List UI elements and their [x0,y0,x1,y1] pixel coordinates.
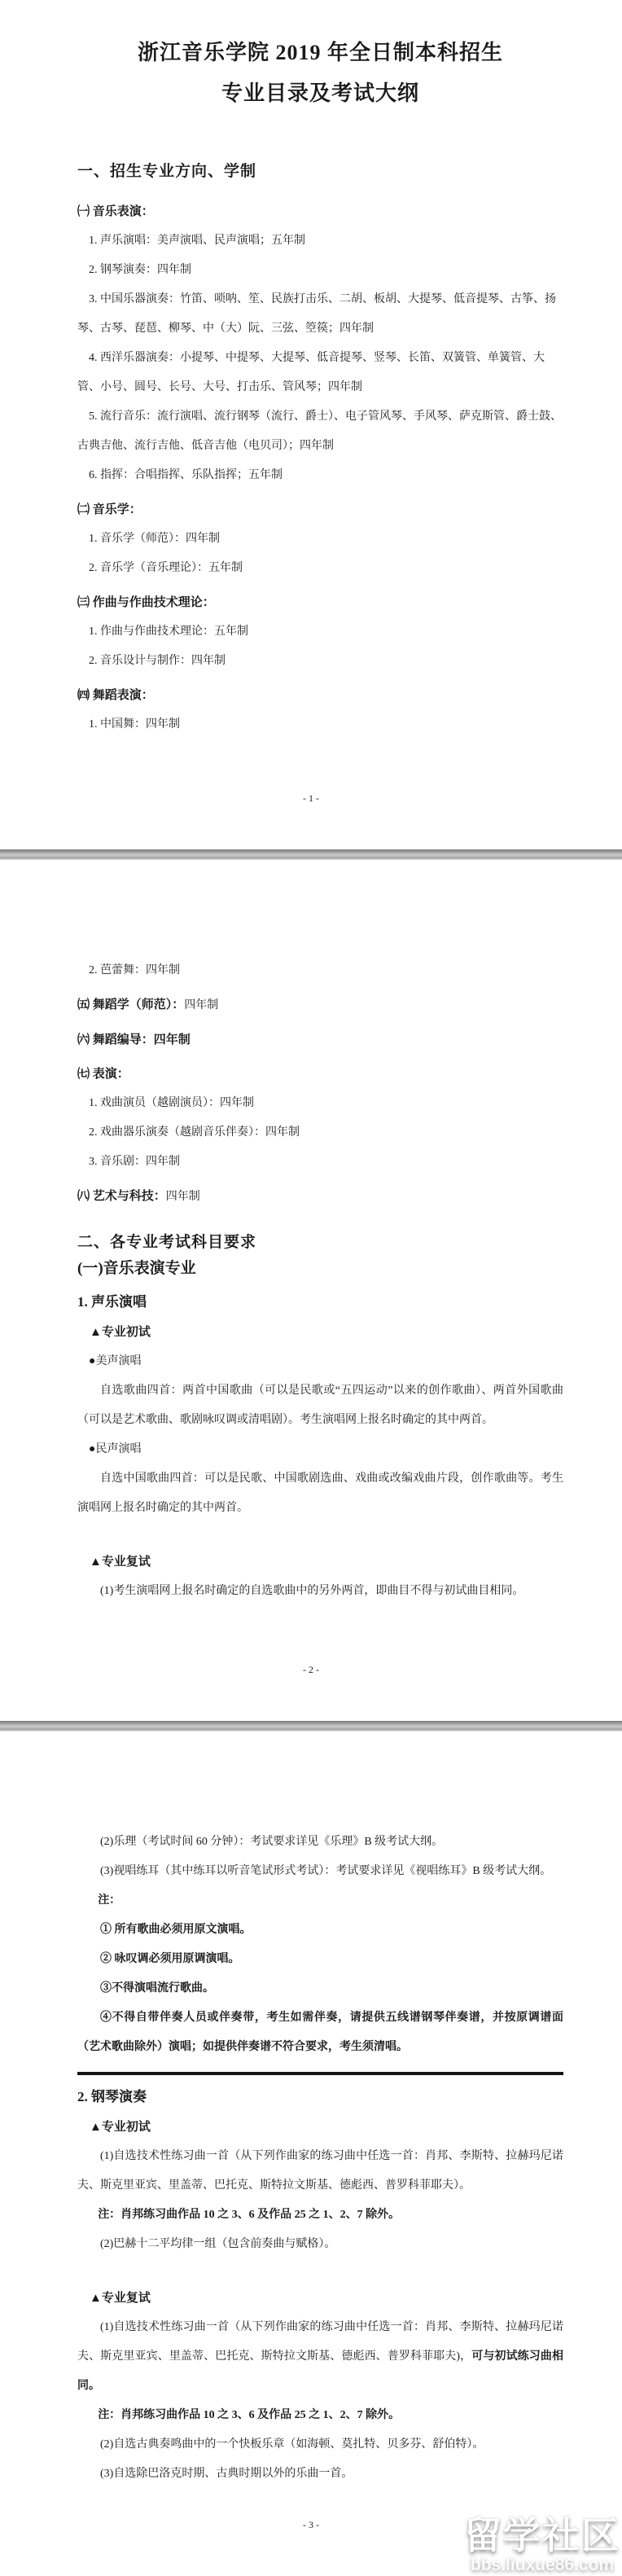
group-7-acting-heading: ㈦ 表演： [77,1060,563,1089]
list-item-conducting: 6. 指挥：合唱指挥、乐队指挥；五年制 [77,461,563,490]
vocal-retest-item-2: (2)乐理（考试时间 60 分钟）：考试要求详见《乐理》B 级考试大纲。 [77,1828,563,1857]
note-heading: 注： [77,1886,563,1916]
note-item-1: ① 所有歌曲必须用原文演唱。 [77,1916,563,1945]
title-line-2: 专业目录及考试大纲 [77,73,563,114]
bel-canto-paragraph: 自选歌曲四首：两首中国歌曲（可以是民歌或“五四运动”以来的创作歌曲）、两首外国歌… [77,1376,563,1435]
list-item-composition: 1. 作曲与作曲技术理论：五年制 [77,617,563,647]
page-separator [0,849,622,860]
list-item-musicology-theory: 2. 音乐学（音乐理论）：五年制 [77,554,563,583]
piano-first-item-2: (2)巴赫十二平均律一组（包含前奏曲与赋格）。 [77,2230,563,2259]
list-item-musical-theatre: 3. 音乐剧：四年制 [77,1148,563,1177]
list-item-opera-actor: 1. 戏曲演员（越剧演员）：四年制 [77,1089,563,1118]
note-item-3: ③不得演唱流行歌曲。 [77,1974,563,2003]
piano-retest-note: 注：肖邦练习曲作品 10 之 3、6 及作品 25 之 1、2、7 除外。 [77,2401,563,2430]
piano-retest-item-3: (3)自选除巴洛克时期、古典时期以外的乐曲一首。 [77,2460,563,2489]
piano-retest-item-2: (2)自选古典奏鸣曲中的一个快板乐章（如海顿、莫扎特、贝多芬、舒伯特）。 [77,2430,563,2460]
page-number: - 1 - [0,792,622,805]
group-1-music-performance-heading: ㈠ 音乐表演： [77,197,563,226]
list-item-pop-music: 5. 流行音乐：流行演唱、流行钢琴（流行、爵士）、电子管风琴、手风琴、萨克斯管、… [77,402,563,461]
group-5-dance-studies-heading: ㈤ 舞蹈学（师范）：四年制 [77,990,563,1020]
page-2: 2. 芭蕾舞：四年制 ㈤ 舞蹈学（师范）：四年制 ㈥ 舞蹈编导：四年制 ㈦ 表演… [0,860,622,1721]
list-item-piano: 2. 钢琴演奏：四年制 [77,256,563,285]
piano-first-note: 注：肖邦练习曲作品 10 之 3、6 及作品 25 之 1、2、7 除外。 [77,2201,563,2230]
list-item-musicology-normal: 1. 音乐学（师范）：四年制 [77,524,563,554]
page-separator [0,1721,622,1731]
document-title: 浙江音乐学院 2019 年全日制本科招生 专业目录及考试大纲 [77,33,563,114]
list-item-vocal: 1. 声乐演唱：美声演唱、民声演唱；五年制 [77,226,563,256]
note-item-2: ② 咏叹调必须用原调演唱。 [77,1945,563,1974]
bel-canto-heading: ●美声演唱 [77,1347,563,1376]
subject-vocal-heading: 1. 声乐演唱 [77,1290,563,1314]
piano-first-item-1: (1)自选技术性练习曲一首（从下列作曲家的练习曲中任选一首：肖邦、李斯特、拉赫玛… [77,2142,563,2201]
note-item-4: ④不得自带伴奏人员或伴奏带，考生如需伴奏，请提供五线谱钢琴伴奏谱，并按原调谱面（… [77,2003,563,2062]
section-divider [77,2072,563,2075]
group-3-composition-heading: ㈢ 作曲与作曲技术理论： [77,588,563,617]
folk-vocal-heading: ●民声演唱 [77,1435,563,1464]
subject-piano-heading: 2. 钢琴演奏 [77,2085,563,2109]
section-2-heading: 二、各专业考试科目要求 [77,1230,563,1256]
page-number: - 3 - [0,2519,622,2531]
group-5-duration: 四年制 [184,999,218,1012]
page-number: - 2 - [0,1664,622,1676]
vocal-retest-item-1: (1)考生演唱网上报名时确定的自选歌曲中的另外两首，即曲目不得与初试曲目相同。 [77,1577,563,1606]
list-item-opera-instrument: 2. 戏曲器乐演奏（越剧音乐伴奏）：四年制 [77,1118,563,1148]
group-5-label: ㈤ 舞蹈学（师范）： [77,998,184,1012]
page-1: 浙江音乐学院 2019 年全日制本科招生 专业目录及考试大纲 一、招生专业方向、… [0,0,622,849]
folk-vocal-paragraph: 自选中国歌曲四首：可以是民歌、中国歌剧选曲、戏曲或改编戏曲片段，创作歌曲等。考生… [77,1464,563,1523]
watermark-site: bbs.liuxue86.com [464,2555,620,2576]
major-1-heading: (一)音乐表演专业 [77,1256,563,1282]
list-item-chinese-dance: 1. 中国舞：四年制 [77,710,563,739]
group-4-dance-performance-heading: ㈣ 舞蹈表演： [77,681,563,710]
group-2-musicology-heading: ㈡ 音乐学： [77,495,563,524]
piano-second-exam-heading: ▲专业复试 [77,2284,563,2313]
section-1-heading: 一、招生专业方向、学制 [77,160,563,184]
piano-retest-item-1: (1)自选技术性练习曲一首（从下列作曲家的练习曲中任选一首：肖邦、李斯特、拉赫玛… [77,2313,563,2401]
vocal-retest-item-3: (3)视唱练耳（其中练耳以听音笔试形式考试）：考试要求详见《视唱练耳》B 级考试… [77,1857,563,1886]
first-exam-heading: ▲专业初试 [77,1318,563,1347]
second-exam-heading: ▲专业复试 [77,1547,563,1577]
group-6-choreography-heading: ㈥ 舞蹈编导：四年制 [77,1025,563,1055]
page-3: (2)乐理（考试时间 60 分钟）：考试要求详见《乐理》B 级考试大纲。 (3)… [0,1731,622,2576]
list-item-chinese-instruments: 3. 中国乐器演奏：竹笛、唢呐、笙、民族打击乐、二胡、板胡、大提琴、低音提琴、古… [77,285,563,344]
document: 浙江音乐学院 2019 年全日制本科招生 专业目录及考试大纲 一、招生专业方向、… [0,0,622,2576]
group-8-duration: 四年制 [166,1191,200,1203]
list-item-western-instruments: 4. 西洋乐器演奏：小提琴、中提琴、大提琴、低音提琴、竖琴、长笛、双簧管、单簧管… [77,344,563,402]
list-item-music-design: 2. 音乐设计与制作：四年制 [77,647,563,676]
list-item-ballet: 2. 芭蕾舞：四年制 [77,956,563,985]
piano-first-exam-heading: ▲专业初试 [77,2113,563,2142]
title-line-1: 浙江音乐学院 2019 年全日制本科招生 [77,33,563,73]
group-8-label: ㈧ 艺术与科技： [77,1190,166,1203]
group-8-art-technology-heading: ㈧ 艺术与科技：四年制 [77,1182,563,1212]
